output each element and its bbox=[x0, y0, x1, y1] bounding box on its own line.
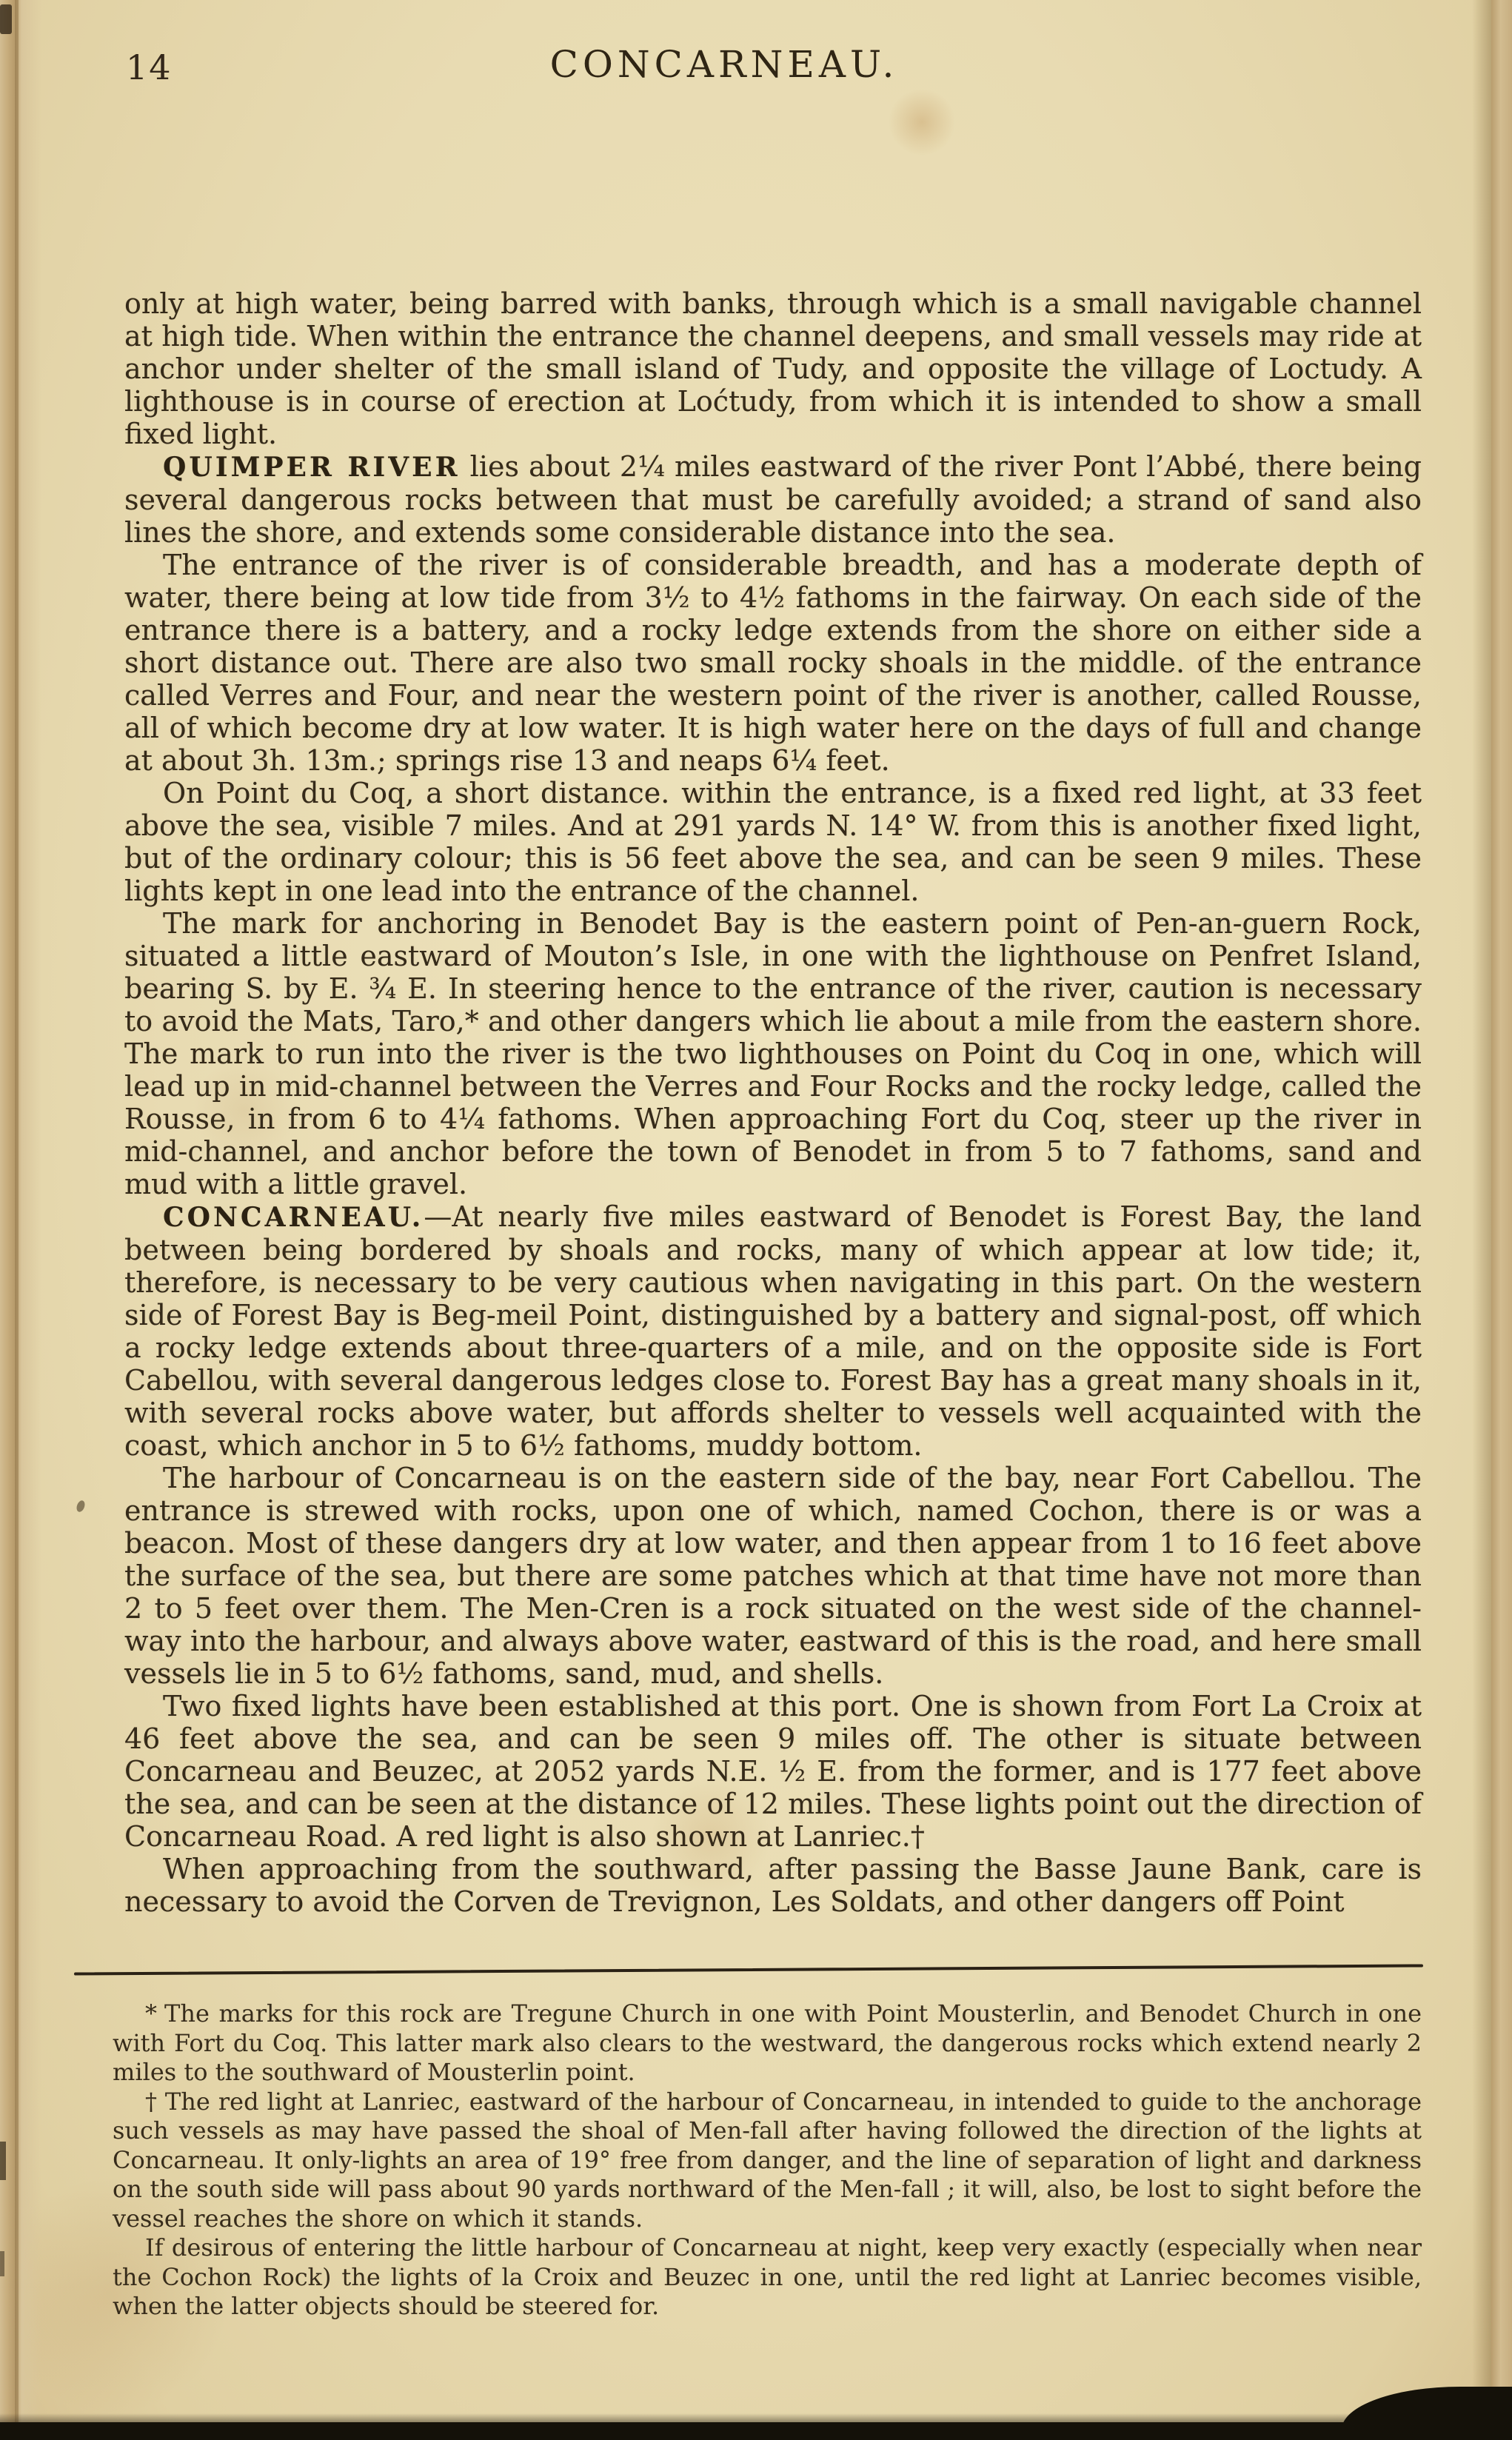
page-title: CONCARNEAU. bbox=[0, 43, 1465, 86]
footnotes: *The marks for this rock are Tregune Chu… bbox=[113, 1999, 1422, 2322]
bottom-right-corner-shadow bbox=[1342, 2387, 1512, 2440]
paragraph: The entrance of the river is of consider… bbox=[124, 549, 1422, 777]
paragraph: Two fixed lights have been established a… bbox=[124, 1690, 1422, 1853]
book-page-scan: 14 CONCARNEAU. only at high water, being… bbox=[0, 0, 1512, 2440]
footnote: If desirous of entering the little harbo… bbox=[113, 2233, 1422, 2322]
footnote-marker: † bbox=[145, 2088, 165, 2116]
left-edge-mark bbox=[0, 2251, 4, 2276]
body-paragraphs: only at high water, being barred with ba… bbox=[124, 287, 1422, 1918]
paragraph-lead: QUIMPER RIVER bbox=[163, 452, 461, 483]
paragraph: The mark for anchoring in Benodet Bay is… bbox=[124, 907, 1422, 1200]
left-edge-mark bbox=[0, 4, 12, 34]
paragraph: only at high water, being barred with ba… bbox=[124, 287, 1422, 450]
ink-fleck bbox=[76, 1500, 87, 1513]
paragraph-lead: CONCARNEAU. bbox=[163, 1202, 424, 1233]
bottom-scan-edge bbox=[0, 2422, 1512, 2440]
footnote: *The marks for this rock are Tregune Chu… bbox=[113, 1999, 1422, 2088]
left-page-edge-line bbox=[15, 0, 19, 2440]
footnote-rule bbox=[74, 1964, 1423, 1975]
footnote-marker: * bbox=[145, 1999, 164, 2028]
paragraph: CONCARNEAU.—At nearly five miles eastwar… bbox=[124, 1200, 1422, 1462]
paragraph: QUIMPER RIVER lies about 2¼ miles eastwa… bbox=[124, 450, 1422, 549]
paragraph: When approaching from the southward, aft… bbox=[124, 1853, 1422, 1918]
paragraph: The harbour of Concarneau is on the east… bbox=[124, 1462, 1422, 1690]
right-page-edge bbox=[1491, 0, 1512, 2440]
page-header: 14 CONCARNEAU. bbox=[0, 43, 1512, 95]
right-page-edge-shadow bbox=[1472, 0, 1491, 2440]
footnote: †The red light at Lanriec, eastward of t… bbox=[113, 2088, 1422, 2234]
paragraph: On Point du Coq, a short distance. withi… bbox=[124, 777, 1422, 907]
left-page-edge bbox=[0, 0, 41, 2440]
left-edge-mark bbox=[0, 2142, 6, 2180]
